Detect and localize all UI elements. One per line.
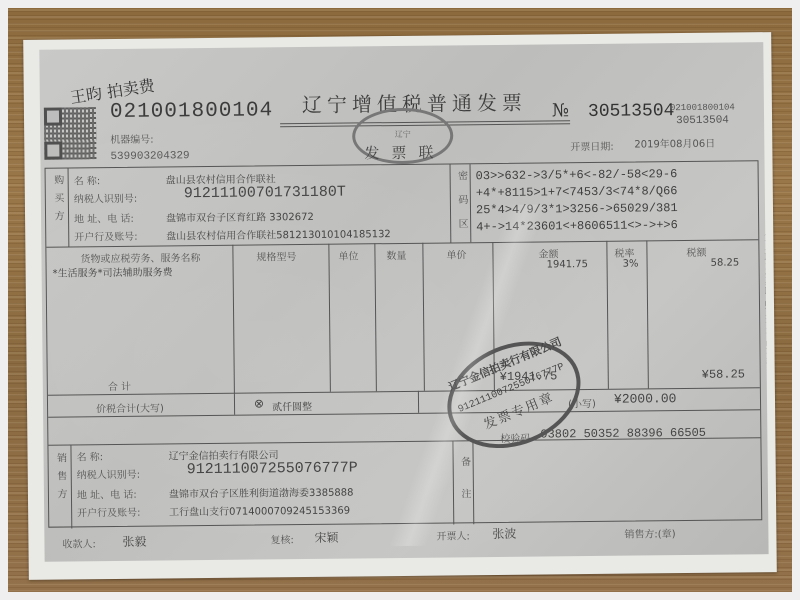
- total-label: 合 计: [108, 378, 131, 393]
- invoice-code: 021001800104: [110, 99, 273, 124]
- divider: [70, 444, 72, 528]
- buyer-bank-label: 开户行及账号:: [74, 228, 138, 244]
- seller-tax-id-label: 纳税人识别号:: [77, 466, 141, 482]
- copy-side-strip: 第二联:发票联 购买方记账凭证: [761, 232, 768, 370]
- date-label: 开票日期:: [570, 138, 614, 153]
- total-tax: ¥58.25: [702, 367, 745, 381]
- seller-bank: 工行盘山支行0714000709245153369: [169, 502, 350, 519]
- machine-number-label: 机器编号:: [110, 131, 154, 146]
- buyer-address: 盘锦市双台子区育红路 3302672: [166, 208, 314, 225]
- item-tax: 58.25: [711, 257, 740, 268]
- seller-address: 盘锦市双台子区胜利街道渤海委3385888: [169, 483, 354, 500]
- seller-name-label: 名 称:: [76, 448, 103, 463]
- cipher-line: 03>>632->3/5*+6<-82/-58<29-6: [476, 166, 678, 185]
- invoice-number: 30513504: [588, 101, 675, 122]
- seal-text: 辽宁: [355, 128, 450, 140]
- reviewer: 宋颖: [314, 529, 338, 546]
- buyer-address-label: 地 址、电 话:: [74, 210, 134, 226]
- invoice-paper: 王昀 拍卖费 021001800104 机器编号: 539903204329 辽…: [23, 32, 777, 580]
- payee: 张毅: [122, 533, 146, 550]
- reviewer-label: 复核:: [270, 531, 294, 546]
- side-invoice-number: 30513504: [676, 115, 729, 128]
- divider: [606, 241, 609, 389]
- side-invoice-code: 021001800104: [670, 102, 735, 113]
- item-name: *生活服务*司法辅助服务费: [53, 263, 173, 279]
- paper-fold: [341, 204, 595, 547]
- machine-number: 539903204329: [110, 150, 189, 163]
- item-tax-rate: 3%: [623, 259, 639, 270]
- invoice-print-area: 王昀 拍卖费 021001800104 机器编号: 539903204329 辽…: [39, 42, 768, 562]
- cipher-line: +4*+8115>1+7<7453/3<74*8/Q66: [476, 183, 678, 202]
- divider: [328, 244, 331, 392]
- col-header-spec: 规格型号: [256, 248, 296, 263]
- payee-label: 收款人:: [62, 535, 96, 550]
- grand-total-figure: ¥2000.00: [614, 391, 677, 407]
- invoice-copy-name: 发票联: [364, 142, 445, 164]
- grand-total-icon: ⊗: [254, 396, 264, 410]
- divider: [646, 240, 649, 388]
- grand-total-words-label: 价税合计(大写): [96, 399, 164, 415]
- number-prefix: №: [552, 100, 569, 121]
- divider: [232, 245, 235, 415]
- col-header-tax: 税额: [686, 244, 706, 259]
- grand-total-words: 贰仟圆整: [272, 398, 312, 413]
- seller-bank-label: 开户行及账号:: [77, 504, 141, 520]
- col-header-tax-rate: 税率: [614, 245, 634, 260]
- seller-tax-id: 912111007255076777P: [187, 459, 358, 478]
- issue-date: 2019年08月06日: [634, 135, 715, 151]
- qr-code-icon: [44, 107, 97, 160]
- seller-section-label: 销售方: [53, 452, 69, 506]
- seller-seal-label: 销售方:(章): [624, 525, 675, 541]
- buyer-tax-id-label: 纳税人识别号:: [74, 190, 138, 206]
- divider: [68, 168, 70, 246]
- buyer-section-label: 购买方: [50, 175, 66, 229]
- seller-address-label: 地 址、电 话:: [77, 486, 137, 502]
- buyer-tax-id: 91211100701731180T: [184, 184, 346, 203]
- buyer-name-label: 名 称:: [74, 172, 101, 187]
